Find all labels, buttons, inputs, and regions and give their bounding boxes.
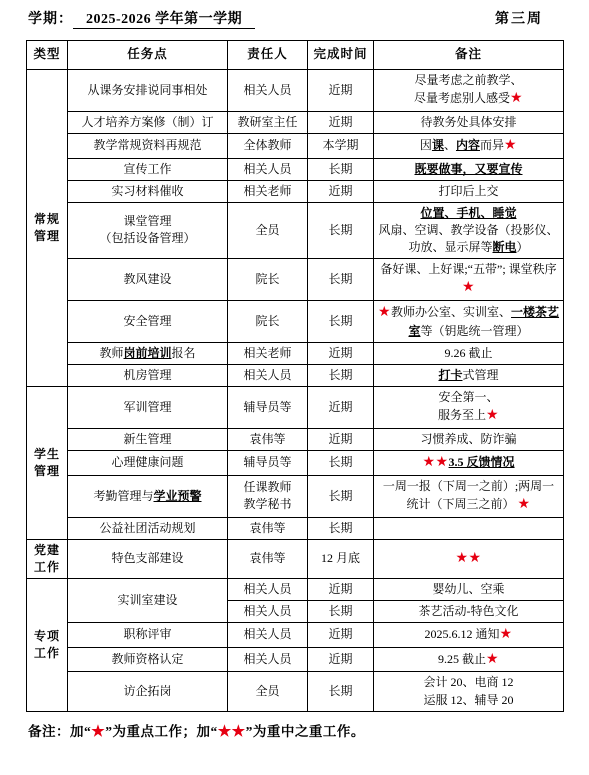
table-row: 教师岗前培训报名相关老师近期9.26 截止 [27, 342, 564, 364]
deadline-cell: 长期 [308, 600, 374, 622]
deadline-cell: 长期 [308, 475, 374, 517]
responsible-cell: 任课教师 教学秘书 [228, 475, 308, 517]
footer-note: 备注：加“★”为重点工作；加“★★”为重中之重工作。 [28, 720, 563, 741]
responsible-cell: 袁伟等 [228, 428, 308, 450]
note-cell: 9.25 截止★ [374, 647, 564, 672]
task-cell: 机房管理 [68, 364, 228, 386]
note-cell: 因课、内容而异★ [374, 133, 564, 158]
note-cell: 茶艺活动-特色文化 [374, 600, 564, 622]
deadline-cell: 长期 [308, 202, 374, 258]
task-cell: 从课务安排说同事相处 [68, 70, 228, 112]
table-row: 安全管理院长长期★教师办公室、实训室、一楼茶艺室等（钥匙统一管理） [27, 300, 564, 342]
responsible-cell: 全体教师 [228, 133, 308, 158]
table-row: 人才培养方案修（制）订教研室主任近期待教务处具体安排 [27, 111, 564, 133]
task-cell: 军训管理 [68, 386, 228, 428]
table-row: 职称评审相关人员近期2025.6.12 通知★ [27, 622, 564, 647]
responsible-cell: 袁伟等 [228, 517, 308, 539]
responsible-cell: 相关人员 [228, 622, 308, 647]
note-cell: 位置、手机、睡觉 风扇、空调、教学设备（投影仪、功放、显示屏等断电） [374, 202, 564, 258]
task-cell: 实习材料催收 [68, 180, 228, 202]
deadline-cell: 近期 [308, 578, 374, 600]
task-cell: 职称评审 [68, 622, 228, 647]
responsible-cell: 全员 [228, 672, 308, 711]
responsible-cell: 辅导员等 [228, 450, 308, 475]
note-cell: 尽量考虑之前教学、 尽量考虑别人感受★ [374, 70, 564, 112]
responsible-cell: 相关人员 [228, 364, 308, 386]
deadline-cell: 长期 [308, 258, 374, 300]
table-row: 课堂管理 （包括设备管理）全员长期位置、手机、睡觉 风扇、空调、教学设备（投影仪… [27, 202, 564, 258]
table-row: 教师资格认定相关人员近期9.25 截止★ [27, 647, 564, 672]
col-header-when: 完成时间 [308, 41, 374, 70]
semester-value: 2025-2026 学年第一学期 [73, 12, 255, 29]
table-row: 公益社团活动规划袁伟等长期 [27, 517, 564, 539]
task-cell: 公益社团活动规划 [68, 517, 228, 539]
task-cell: 课堂管理 （包括设备管理） [68, 202, 228, 258]
note-cell: 备好课、上好课;“五带”; 课堂秩序★ [374, 258, 564, 300]
deadline-cell: 近期 [308, 111, 374, 133]
note-cell [374, 517, 564, 539]
task-cell: 宣传工作 [68, 158, 228, 180]
deadline-cell: 近期 [308, 342, 374, 364]
table-row: 心理健康问题辅导员等长期★★3.5 反馈情况 [27, 450, 564, 475]
deadline-cell: 近期 [308, 622, 374, 647]
responsible-cell: 院长 [228, 258, 308, 300]
task-cell: 安全管理 [68, 300, 228, 342]
task-cell: 特色支部建设 [68, 539, 228, 578]
col-header-task: 任务点 [68, 41, 228, 70]
responsible-cell: 相关人员 [228, 578, 308, 600]
table-header-row: 类型 任务点 责任人 完成时间 备注 [27, 41, 564, 70]
section-type-label: 专项 工作 [27, 578, 68, 711]
deadline-cell: 近期 [308, 70, 374, 112]
table-row: 机房管理相关人员长期打卡式管理 [27, 364, 564, 386]
responsible-cell: 院长 [228, 300, 308, 342]
document-page: 学期：2025-2026 学年第一学期 第三周 类型 任务点 责任人 完成时间 … [0, 0, 589, 741]
note-cell: 会计 20、电商 12 运服 12、辅导 20 [374, 672, 564, 711]
col-header-note: 备注 [374, 41, 564, 70]
table-row: 教风建设院长长期备好课、上好课;“五带”; 课堂秩序★ [27, 258, 564, 300]
deadline-cell: 长期 [308, 300, 374, 342]
responsible-cell: 全员 [228, 202, 308, 258]
task-cell: 心理健康问题 [68, 450, 228, 475]
task-cell: 教师资格认定 [68, 647, 228, 672]
responsible-cell: 辅导员等 [228, 386, 308, 428]
col-header-who: 责任人 [228, 41, 308, 70]
note-cell: 打印后上交 [374, 180, 564, 202]
deadline-cell: 本学期 [308, 133, 374, 158]
deadline-cell: 近期 [308, 180, 374, 202]
note-cell: 2025.6.12 通知★ [374, 622, 564, 647]
table-row: 常规 管理从课务安排说同事相处相关人员近期尽量考虑之前教学、 尽量考虑别人感受★ [27, 70, 564, 112]
deadline-cell: 近期 [308, 386, 374, 428]
table-row: 教学常规资料再规范全体教师本学期因课、内容而异★ [27, 133, 564, 158]
deadline-cell: 长期 [308, 450, 374, 475]
responsible-cell: 相关人员 [228, 158, 308, 180]
responsible-cell: 相关老师 [228, 180, 308, 202]
responsible-cell: 相关老师 [228, 342, 308, 364]
deadline-cell: 长期 [308, 364, 374, 386]
table-row: 实习材料催收相关老师近期打印后上交 [27, 180, 564, 202]
note-cell: 9.26 截止 [374, 342, 564, 364]
task-cell: 教学常规资料再规范 [68, 133, 228, 158]
semester-label: 学期： [28, 12, 73, 27]
table-row: 宣传工作相关人员长期既要做事，又要宣传 [27, 158, 564, 180]
responsible-cell: 教研室主任 [228, 111, 308, 133]
task-table-body: 常规 管理从课务安排说同事相处相关人员近期尽量考虑之前教学、 尽量考虑别人感受★… [27, 70, 564, 712]
week-label: 第三周 [495, 8, 543, 28]
note-cell: 安全第一、 服务至上★ [374, 386, 564, 428]
task-table: 类型 任务点 责任人 完成时间 备注 常规 管理从课务安排说同事相处相关人员近期… [26, 40, 564, 712]
table-row: 学生 管理军训管理辅导员等近期安全第一、 服务至上★ [27, 386, 564, 428]
section-type-label: 常规 管理 [27, 70, 68, 387]
deadline-cell: 近期 [308, 428, 374, 450]
task-cell: 教师岗前培训报名 [68, 342, 228, 364]
task-cell: 访企拓岗 [68, 672, 228, 711]
task-cell: 人才培养方案修（制）订 [68, 111, 228, 133]
table-row: 访企拓岗全员长期会计 20、电商 12 运服 12、辅导 20 [27, 672, 564, 711]
responsible-cell: 相关人员 [228, 600, 308, 622]
note-cell: ★★3.5 反馈情况 [374, 450, 564, 475]
note-cell: 既要做事，又要宣传 [374, 158, 564, 180]
deadline-cell: 近期 [308, 647, 374, 672]
table-row: 考勤管理与学业预警任课教师 教学秘书长期一周一报（下周一之前）;两周一统计（下周… [27, 475, 564, 517]
section-type-label: 党建 工作 [27, 539, 68, 578]
table-row: 党建 工作特色支部建设袁伟等12 月底★★ [27, 539, 564, 578]
task-cell: 实训室建设 [68, 578, 228, 622]
deadline-cell: 长期 [308, 158, 374, 180]
note-cell: ★教师办公室、实训室、一楼茶艺室等（钥匙统一管理） [374, 300, 564, 342]
deadline-cell: 12 月底 [308, 539, 374, 578]
note-cell: 打卡式管理 [374, 364, 564, 386]
deadline-cell: 长期 [308, 517, 374, 539]
table-row: 专项 工作实训室建设相关人员近期婴幼儿、空乘 [27, 578, 564, 600]
responsible-cell: 相关人员 [228, 70, 308, 112]
table-row: 新生管理袁伟等近期习惯养成、防诈骗 [27, 428, 564, 450]
document-header: 学期：2025-2026 学年第一学期 第三周 [28, 8, 561, 30]
task-cell: 新生管理 [68, 428, 228, 450]
task-cell: 教风建设 [68, 258, 228, 300]
note-cell: 一周一报（下周一之前）;两周一统计（下周三之前） ★ [374, 475, 564, 517]
note-cell: 待教务处具体安排 [374, 111, 564, 133]
note-cell: 习惯养成、防诈骗 [374, 428, 564, 450]
section-type-label: 学生 管理 [27, 386, 68, 539]
task-cell: 考勤管理与学业预警 [68, 475, 228, 517]
responsible-cell: 袁伟等 [228, 539, 308, 578]
responsible-cell: 相关人员 [228, 647, 308, 672]
note-cell: ★★ [374, 539, 564, 578]
note-cell: 婴幼儿、空乘 [374, 578, 564, 600]
deadline-cell: 长期 [308, 672, 374, 711]
col-header-type: 类型 [27, 41, 68, 70]
